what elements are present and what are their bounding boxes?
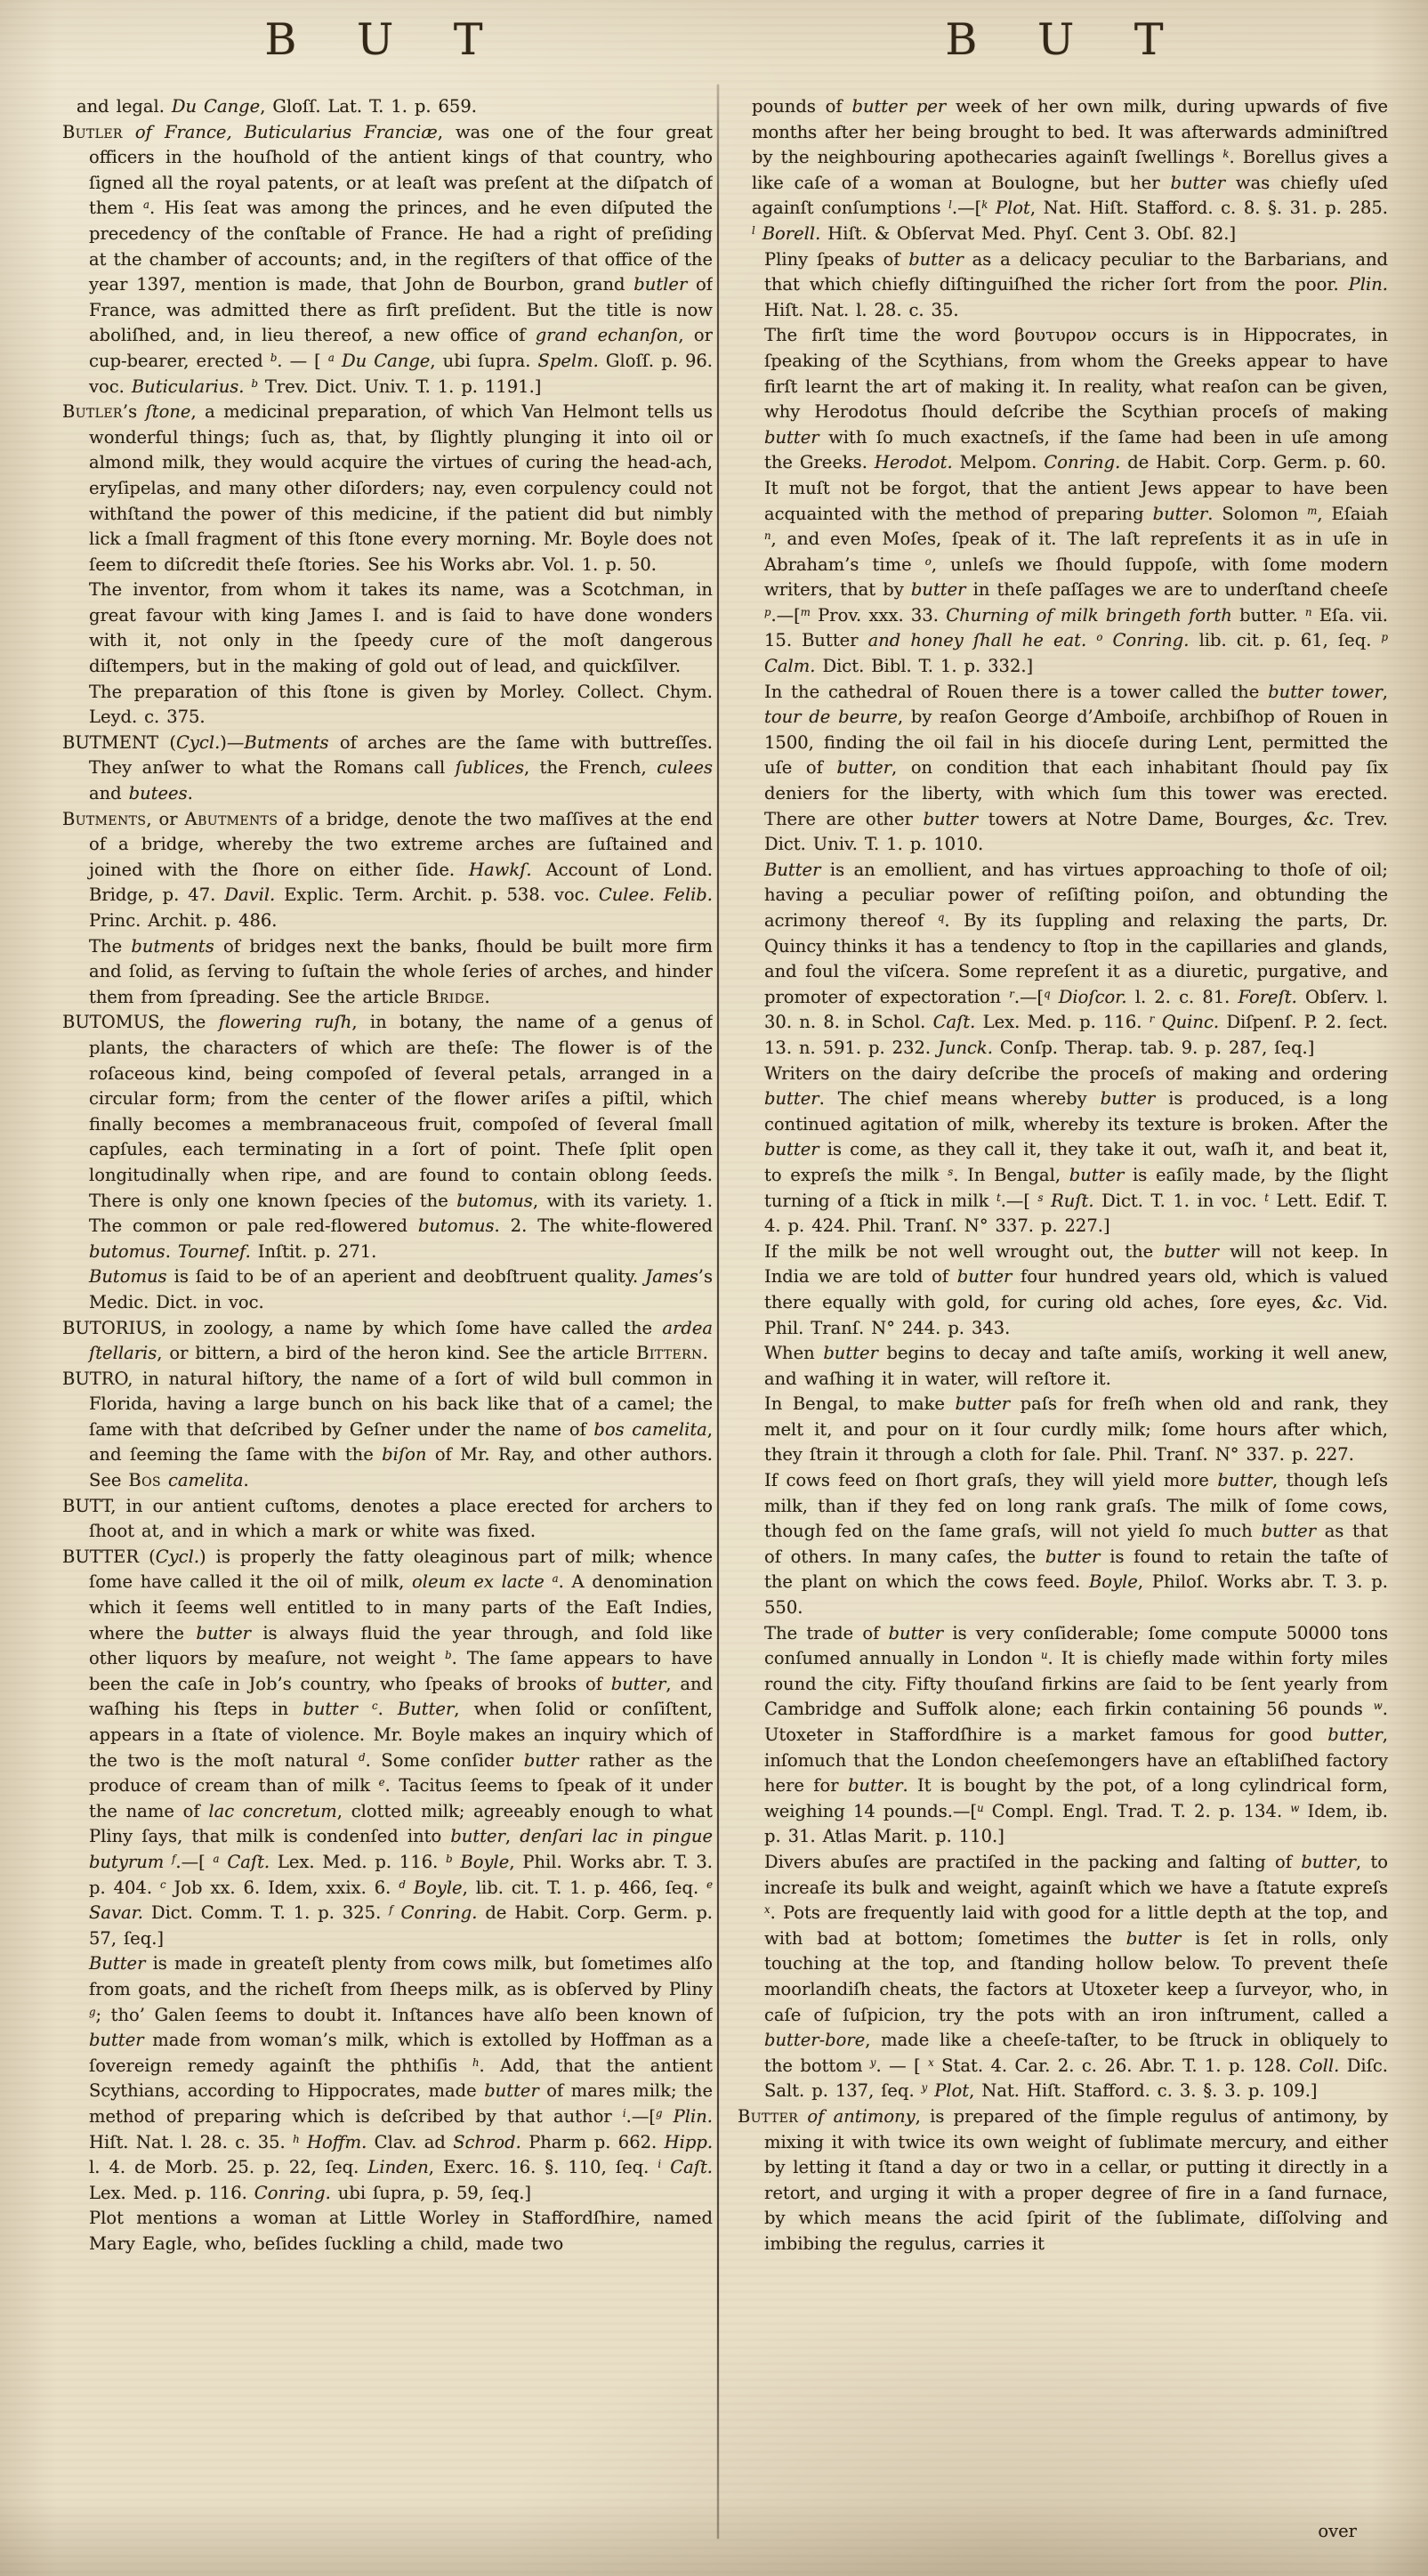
paragraph: BUTOMUS, the flowering ruſh, in botany, … xyxy=(62,1010,713,1264)
paragraph: Butomus is ſaid to be of an aperient and… xyxy=(62,1264,713,1315)
running-head-left: B U T xyxy=(196,14,552,65)
paragraph: BUTMENT (Cycl.)—Butments of arches are t… xyxy=(62,731,713,807)
paragraph: When butter begins to decay and taſte am… xyxy=(738,1341,1388,1392)
column-divider-rule xyxy=(717,85,719,2539)
paragraph: It muſt not be forgot, that the antient … xyxy=(738,476,1388,680)
paragraph: If cows feed on ſhort graſs, they will y… xyxy=(738,1468,1388,1621)
paragraph: The inventor, from whom it takes its nam… xyxy=(62,577,713,679)
paragraph: In Bengal, to make butter paſs for freſh… xyxy=(738,1392,1388,1468)
paragraph: Plot mentions a woman at Little Worley i… xyxy=(62,2206,713,2257)
paragraph: BUTRO, in natural hiſtory, the name of a… xyxy=(62,1367,713,1494)
paragraph: BUTTER (Cycl.) is properly the fatty ole… xyxy=(62,1545,713,1952)
paragraph: The preparation of this ſtone is given b… xyxy=(62,680,713,731)
running-head-right: B U T xyxy=(876,14,1232,65)
paragraph: The firſt time the word βουτυρον occurs … xyxy=(738,323,1388,476)
paragraph: Writers on the dairy deſcribe the proceſ… xyxy=(738,1062,1388,1240)
paragraph: Divers abuſes are practiſed in the packi… xyxy=(738,1850,1388,2104)
paragraph: Butter is an emollient, and has virtues … xyxy=(738,858,1388,1062)
paragraph: BUTORIUS, in zoology, a name by which ſo… xyxy=(62,1316,713,1367)
paragraph: BUTT, in our antient cuſtoms, denotes a … xyxy=(62,1494,713,1545)
paragraph: pounds of butter per week of her own mil… xyxy=(738,94,1388,247)
paragraph: Butler of France, Buticularius Franciæ, … xyxy=(62,120,713,400)
paragraph: Pliny ſpeaks of butter as a delicacy pec… xyxy=(738,247,1388,324)
paragraph: and legal. Du Cange, Gloſſ. Lat. T. 1. p… xyxy=(62,94,713,120)
text-column-right: pounds of butter per week of her own mil… xyxy=(738,94,1388,2556)
dictionary-page: B U T B U T and legal. Du Cange, Gloſſ. … xyxy=(0,0,1428,2576)
paragraph: Butter is made in greateſt plenty from c… xyxy=(62,1951,713,2206)
paragraph: The butments of bridges next the banks, … xyxy=(62,934,713,1011)
paragraph: In the cathedral of Rouen there is a tow… xyxy=(738,680,1388,858)
paragraph: Butments, or Abutments of a bridge, deno… xyxy=(62,807,713,934)
catchword: over xyxy=(1210,2521,1357,2541)
paragraph: The trade of butter is very conſiderable… xyxy=(738,1621,1388,1850)
text-column-left: and legal. Du Cange, Gloſſ. Lat. T. 1. p… xyxy=(62,94,713,2556)
paragraph: Butler’s ſtone, a medicinal preparation,… xyxy=(62,400,713,577)
paragraph: Butter of antimony, is prepared of the ſ… xyxy=(738,2104,1388,2257)
paragraph: If the milk be not well wrought out, the… xyxy=(738,1240,1388,1341)
